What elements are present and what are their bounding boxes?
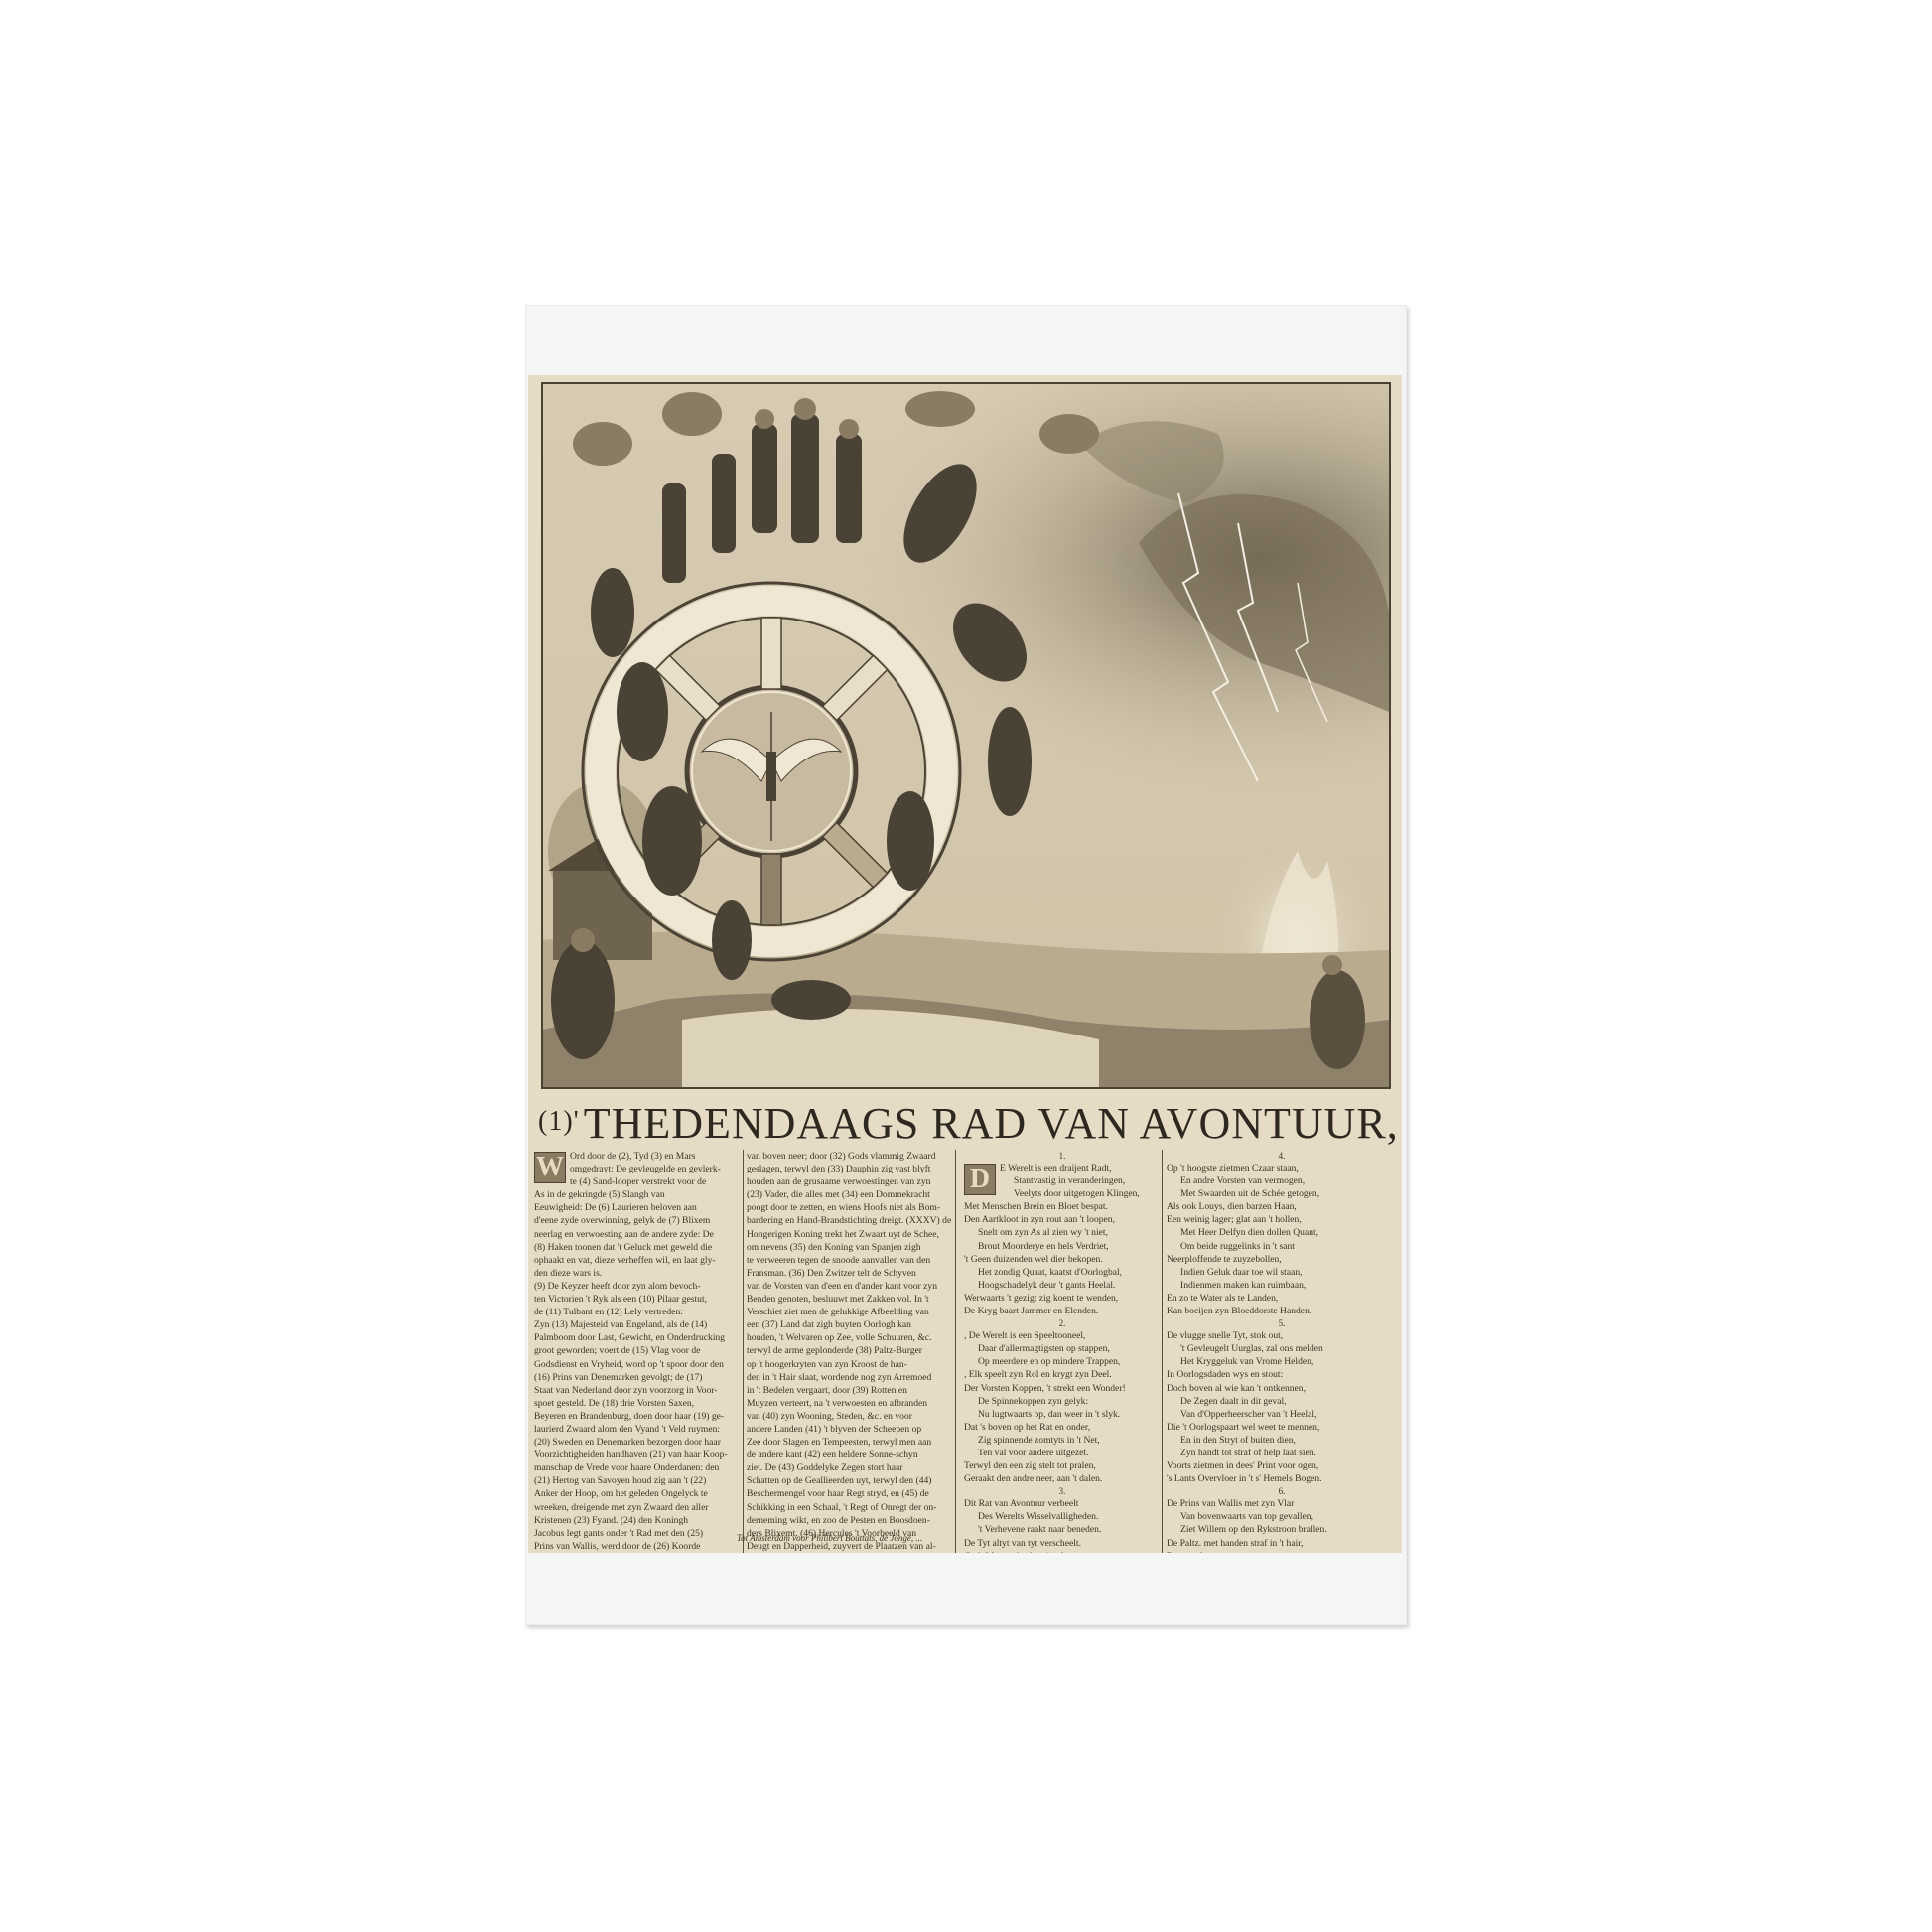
text-line: Indienmen maken kan ruimbaan, — [1167, 1279, 1397, 1292]
text-line: Voorts zietmen in dees' Print voor ogen, — [1167, 1459, 1397, 1472]
prose-column-1: W Ord door de (2), Tyd (3) en Marsomgedr… — [534, 1150, 739, 1553]
text-line: 't Geen duizenden wel dier bekopen. — [964, 1253, 1161, 1266]
text-line: Nu lugtwaarts op, dan weer in 't slyk. — [964, 1408, 1161, 1421]
text-line: Des Werelts Wisselvalligheden. — [964, 1510, 1161, 1523]
text-line: Die 't Oorlogspaart wel weet te mennen, — [1167, 1421, 1397, 1434]
text-line: Op 't hoogste zietmen Czaar staan, — [1167, 1162, 1397, 1174]
publisher-imprint: Tot Amsterdam voor Philibert Bouttats, d… — [737, 1533, 922, 1543]
text-line: Beyeren en Brandenburg, doen door haar (… — [534, 1410, 739, 1423]
text-line: Brout Moorderye en hels Verdriet, — [964, 1240, 1161, 1253]
text-line: laurierd Zwaard alom den Vyand 't Veld r… — [534, 1423, 739, 1436]
text-line: Van bovenwaarts van top gevallen, — [1167, 1510, 1397, 1523]
text-line: wreeken, dreigende met zyn Zwaard den al… — [534, 1501, 739, 1514]
prose-column-2: van boven neer; door (32) Gods vlammig Z… — [743, 1150, 951, 1553]
text-line: As in de gekringde (5) Slangh van — [534, 1188, 739, 1201]
text-line: Prins van Wallis, werd door de (26) Koor… — [534, 1540, 739, 1553]
text-line: Als ook Louys, dien barzen Haan, — [1167, 1200, 1397, 1213]
text-line: En andre Vorsten van vermogen, — [1167, 1174, 1397, 1187]
text-line: Fransman. (36) Den Zwitzer telt de Schyv… — [747, 1267, 951, 1280]
text-line: terwyl de arme geplonderde (38) Paltz-Bu… — [747, 1344, 951, 1357]
text-line: ziet. De (43) Goddelyke Zegen stort haar — [747, 1461, 951, 1474]
stanza-number: 3. — [964, 1485, 1161, 1497]
text-line: Geraakt den andre neer, aan 't dalen. — [964, 1472, 1161, 1485]
text-line: een (37) Land dat zigh buyten Oorlogh ka… — [747, 1318, 951, 1331]
text-line: Werwaarts 't gezigt zig koent te wenden, — [964, 1292, 1161, 1305]
text-line: Snelt om zyn As al zien wy 't niet, — [964, 1226, 1161, 1239]
text-line: Beschermengel voor haar Regt stryd, en (… — [747, 1487, 951, 1500]
text-line: De Prins van Wallis met zyn Vlar — [1167, 1497, 1397, 1510]
text-line: Neerploffende te zuyzebollen, — [1167, 1253, 1397, 1266]
text-line: En zo te Water als te Landen, — [1167, 1292, 1397, 1305]
text-line: (21) Hertog van Savoyen houd zig aan 't … — [534, 1474, 739, 1487]
text-line: Van d'Opperheerscher van 't Heelal, — [1167, 1408, 1397, 1421]
text-line: Veelyts door uitgetogen Klingen, — [1000, 1187, 1161, 1200]
text-line: manschap de Vrede voor haare Onderdanen:… — [534, 1461, 739, 1474]
text-line: in 't Bedelen vergaart, door (39) Rotten… — [747, 1384, 951, 1397]
text-line: Den Aartkloot in zyn rout aan 't loopen, — [964, 1213, 1161, 1226]
text-line: De Zegen daalt in dit geval, — [1167, 1395, 1397, 1408]
text-line: Ord door de (2), Tyd (3) en Mars — [570, 1150, 739, 1163]
text-line: Een weinig lager; glat aan 't hollen, — [1167, 1213, 1397, 1226]
text-line: Kristenen (23) Fyand. (24) den Koningh — [534, 1514, 739, 1527]
text-line: Schikking in een Schaal, 't Regt of Onre… — [747, 1501, 951, 1514]
text-line: (8) Haken toonen dat 't Geluck met gewel… — [534, 1241, 739, 1254]
text-line: andere Landen (41) 't blyven der Scheepe… — [747, 1423, 951, 1436]
text-line: Op meerdere en op mindere Trappen, — [964, 1355, 1161, 1368]
text-line: van boven neer; door (32) Gods vlammig Z… — [747, 1150, 951, 1163]
text-line: groot geworden; voert de (15) Vlag voor … — [534, 1344, 739, 1357]
text-line: ten Victorien 't Ryk als een (10) Pilaar… — [534, 1293, 739, 1306]
text-line: En in den Stryt of buiten dien, — [1167, 1434, 1397, 1447]
text-line: de (11) Tulbant en (12) Lely vertreden: — [534, 1306, 739, 1318]
text-line: neerlag en verwoesting aan de andere zyd… — [534, 1228, 739, 1241]
text-line: poogt door te zetten, en wiens Hoofs nie… — [747, 1201, 951, 1214]
text-line: 't Verhevene raakt naar beneden. — [964, 1523, 1161, 1536]
text-line: Betreurt heur ongemene rampen. — [1167, 1550, 1397, 1553]
print-title: (1)' THEDENDAAGS RAD VAN AVONTUUR, — [538, 1098, 1392, 1148]
text-line: (20) Sweden en Denemarken bezorgen door … — [534, 1436, 739, 1449]
text-line: (16) Prins van Denemarken gevolgt; de (1… — [534, 1371, 739, 1384]
text-line: houden, 't Welvaren op Zee, volle Schuur… — [747, 1331, 951, 1344]
text-line: Der Vorsten Koppen, 't strekt een Wonder… — [964, 1382, 1161, 1395]
text-line: de andere kant (42) een heldere Sonne-sc… — [747, 1449, 951, 1461]
text-line: (23) Vader, die alles met (34) een Domme… — [747, 1188, 951, 1201]
text-line: De Kryg baart Jammer en Elenden. — [964, 1305, 1161, 1317]
text-line: houden aan de grusaame verwoestingen van… — [747, 1175, 951, 1188]
text-line: De Tyt altyt van tyt verscheelt. — [964, 1537, 1161, 1550]
text-columns: W Ord door de (2), Tyd (3) en Marsomgedr… — [534, 1150, 1396, 1547]
text-line: Voorzichtigheiden handhaven (21) van haa… — [534, 1449, 739, 1461]
title-number: (1)' — [538, 1106, 580, 1137]
text-line: te verweeren tegen de snoode aanvallen v… — [747, 1254, 951, 1267]
text-line: bardering en Hand-Brandstichting dreigt.… — [747, 1214, 951, 1227]
text-line: Hoogschadelyk deur 't gants Heelal. — [964, 1279, 1161, 1292]
text-line: Godsdienst en Vryheid, word op 't spoor … — [534, 1358, 739, 1371]
text-line: spoet gesteld. De (18) drie Vorsten Saxe… — [534, 1397, 739, 1410]
title-text: THEDENDAAGS RAD VAN AVONTUUR, — [584, 1099, 1399, 1148]
text-line: Zyn handt tot straf of help laat sien. — [1167, 1447, 1397, 1459]
text-line: d'eene zyde overwinning, gelyk de (7) Bl… — [534, 1214, 739, 1227]
text-line: Dat 's boven op het Rat en onder, — [964, 1421, 1161, 1434]
text-line: Anker der Hoop, om het geleden Ongelyck … — [534, 1487, 739, 1500]
text-line: Ziet Willem op den Rykstroon brallen. — [1167, 1523, 1397, 1536]
text-line: Stantvastig in veranderingen, — [1000, 1174, 1161, 1187]
text-line: Palmboom door Last, Gewicht, en Onderdru… — [534, 1331, 739, 1344]
text-line: Schatten op de Geallieerden uyt, terwyl … — [747, 1474, 951, 1487]
text-line: De Spinnekoppen zyn gelyk: — [964, 1395, 1161, 1408]
text-line: Doch boven al wie kan 't ontkennen, — [1167, 1382, 1397, 1395]
text-line: 's Lants Overvloer in 't s' Hemels Bogen… — [1167, 1472, 1397, 1485]
text-line: den dieze wars is. — [534, 1267, 739, 1280]
wheel-of-fortune-engraving — [541, 382, 1391, 1089]
text-line: Om beide ruggelinks in 't sant — [1167, 1240, 1397, 1253]
text-line: Muyzen verteert, na 't verwoesten en afb… — [747, 1397, 951, 1410]
text-line: Zee door Slagen en Tempeesten, terwyl me… — [747, 1436, 951, 1449]
text-line: (9) De Keyzer heeft door zyn alom bevoch… — [534, 1280, 739, 1293]
text-line: Benden genoten, besluuwt met Zakken vol.… — [747, 1293, 951, 1306]
text-line: Zig spinnende zomtyts in 't Net, — [964, 1434, 1161, 1447]
text-line: omgedrayt: De gevleugelde en gevlerk- — [570, 1163, 739, 1175]
text-line: Dit Rat van Avontuur verbeelt — [964, 1497, 1161, 1510]
text-line: , Elk speelt zyn Rol en krygt zyn Deel. — [964, 1368, 1161, 1381]
print-sheet: (1)' THEDENDAAGS RAD VAN AVONTUUR, W Ord… — [528, 375, 1402, 1553]
text-line: Daar d'allermagtigsten op stappen, — [964, 1342, 1161, 1355]
text-line: Met Heer Delfyn dien dollen Quant, — [1167, 1226, 1397, 1239]
text-line: op 't hoogerkryten van zyn Kroost de han… — [747, 1358, 951, 1371]
text-line: Zyn (13) Majesteid van Engeland, als de … — [534, 1318, 739, 1331]
poem-column-2: 4.Op 't hoogste zietmen Czaar staan,En a… — [1162, 1150, 1397, 1553]
text-line: geslagen, terwyl den (33) Dauphin zig va… — [747, 1163, 951, 1175]
text-line: Verschiet ziet men de gelukkige Afbeeldi… — [747, 1306, 951, 1318]
text-line: derneming wikt, en zoo de Pesten en Boos… — [747, 1514, 951, 1527]
text-line: Terwyl den een zig stelt tot pralen, — [964, 1459, 1161, 1472]
text-line: In Oorlogsdaden wys en stout: — [1167, 1368, 1397, 1381]
engraving-illustration — [543, 384, 1389, 1087]
stanza-number: 4. — [1167, 1150, 1397, 1162]
text-line: De vlugge snelle Tyt, stok out, — [1167, 1329, 1397, 1342]
text-line: De Paltz. met handen straf in 't hair, — [1167, 1537, 1397, 1550]
stanza-number: 6. — [1167, 1485, 1397, 1497]
text-line: Het zondig Quaat, kaatst d'Oorlogbal, — [964, 1266, 1161, 1279]
dropcap-w: W — [534, 1152, 566, 1183]
text-line: Kan boeijen zyn Bloeddorstе Handen. — [1167, 1305, 1397, 1317]
text-line: van (40) zyn Wooning, Steden, &c. en voo… — [747, 1410, 951, 1423]
text-line: 't Gevleugelt Uurglas, zal ons melden — [1167, 1342, 1397, 1355]
stanza-number: 2. — [964, 1317, 1161, 1329]
text-line: te (4) Sand-looper verstrekt voor de — [570, 1175, 739, 1188]
text-line: Ten val voor andere uitgezet. — [964, 1447, 1161, 1459]
text-line: Indien Geluk daar toe wil staan, — [1167, 1266, 1397, 1279]
text-line: Met Swaarden uit de Schée getogen, — [1167, 1187, 1397, 1200]
text-line: Hongerigen Koning trekt het Zwaart uyt d… — [747, 1228, 951, 1241]
text-line: E Werelt is een draijent Radt, — [1000, 1162, 1161, 1174]
text-line: Met Menschen Brein en Bloet bespat. — [964, 1200, 1161, 1213]
text-line: , De Werelt is een Speeltooneel, — [964, 1329, 1161, 1342]
stanza-number: 5. — [1167, 1317, 1397, 1329]
text-line: den in 't Hair slaat, wordende nog zyn A… — [747, 1371, 951, 1384]
text-line: Eeuwigheid: De (6) Laurieren beloven aan — [534, 1201, 739, 1214]
text-line: om nevens (35) den Koning van Spanjen zi… — [747, 1241, 951, 1254]
text-line: Jacobus legt gants onder 't Rad met den … — [534, 1527, 739, 1540]
dropcap-d: D — [964, 1164, 996, 1195]
stanza-number: 1. — [964, 1150, 1161, 1162]
text-line: Staat van Nederland door zyn voorzorg in… — [534, 1384, 739, 1397]
poem-column-1: 1.DE Werelt is een draijent Radt,Stantva… — [955, 1150, 1161, 1553]
text-line: van de Vorsten van d'een en d'ander kant… — [747, 1280, 951, 1293]
text-line: ophaakt en vat, dieze verheffen wil, en … — [534, 1254, 739, 1267]
text-line: Godt Mars te bysler uitgelaten, — [964, 1550, 1161, 1553]
text-line: Het Kryggeluk van Vrome Helden, — [1167, 1355, 1397, 1368]
